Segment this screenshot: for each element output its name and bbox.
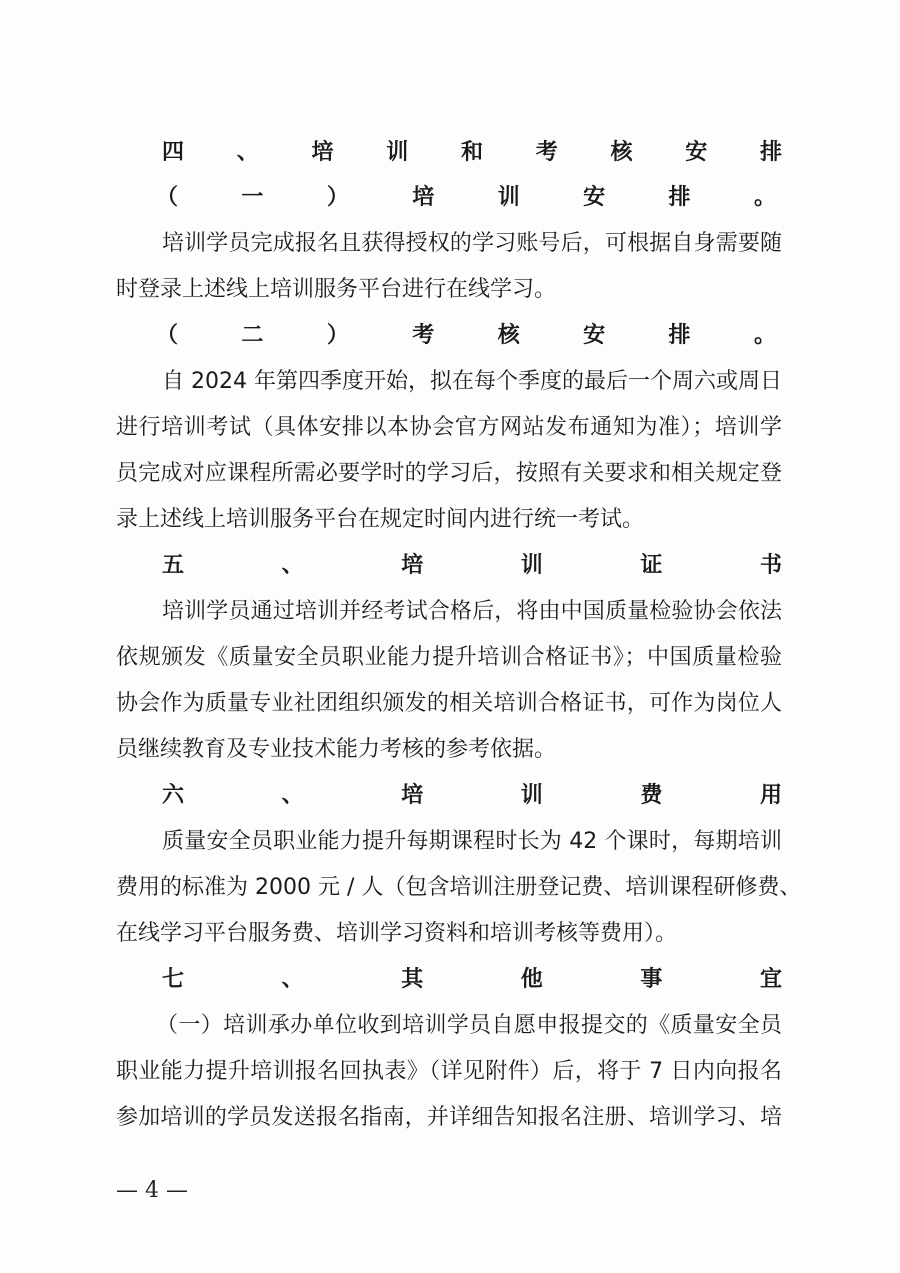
paragraph-line: 自 2024 年第四季度开始，拟在每个季度的最后一个周六或周日 [162, 367, 782, 397]
paragraph-line: 参加培训的学员发送报名指南，并详细告知报名注册、培训学习、培 [116, 1103, 782, 1133]
subsection-heading-training: （一）培训安排。 [156, 183, 776, 213]
page-number: — 4 — [116, 1178, 188, 1203]
paragraph-line: 依规颁发《质量安全员职业能力提升培训合格证书》；中国质量检验 [116, 643, 782, 673]
paragraph-line: 质量安全员职业能力提升每期课程时长为 42 个课时，每期培训 [162, 827, 782, 857]
section-heading-4: 四、培训和考核安排 [162, 138, 782, 168]
paragraph-line: 培训学员通过培训并经考试合格后，将由中国质量检验协会依法 [162, 597, 782, 627]
paragraph-line: 录上述线上培训服务平台在规定时间内进行统一考试。 [116, 505, 782, 535]
section-heading-5: 五、培训证书 [162, 551, 782, 581]
paragraph-line: 协会作为质量专业社团组织颁发的相关培训合格证书，可作为岗位人 [116, 689, 782, 719]
section-heading-6: 六、培训费用 [162, 781, 782, 811]
paragraph-line: 员继续教育及专业技术能力考核的参考依据。 [116, 735, 782, 765]
paragraph-line: 进行培训考试（具体安排以本协会官方网站发布通知为准）；培训学 [116, 413, 782, 443]
section-heading-7: 七、其他事宜 [162, 965, 782, 995]
paragraph-line: 职业能力提升培训报名回执表》（详见附件）后，将于 7 日内向报名 [116, 1057, 782, 1087]
paragraph-line: 培训学员完成报名且获得授权的学习账号后，可根据自身需要随 [162, 229, 782, 259]
subsection-heading-exam: （二）考核安排。 [156, 321, 776, 351]
paragraph-line: 费用的标准为 2000 元 / 人（包含培训注册登记费、培训课程研修费、 [116, 873, 782, 903]
paragraph-line: 在线学习平台服务费、培训学习资料和培训考核等费用）。 [116, 919, 782, 949]
paragraph-line: 员完成对应课程所需必要学时的学习后，按照有关要求和相关规定登 [116, 459, 782, 489]
paragraph-line: 时登录上述线上培训服务平台进行在线学习。 [116, 275, 782, 305]
paragraph-line: （一）培训承办单位收到培训学员自愿申报提交的《质量安全员 [156, 1011, 782, 1041]
